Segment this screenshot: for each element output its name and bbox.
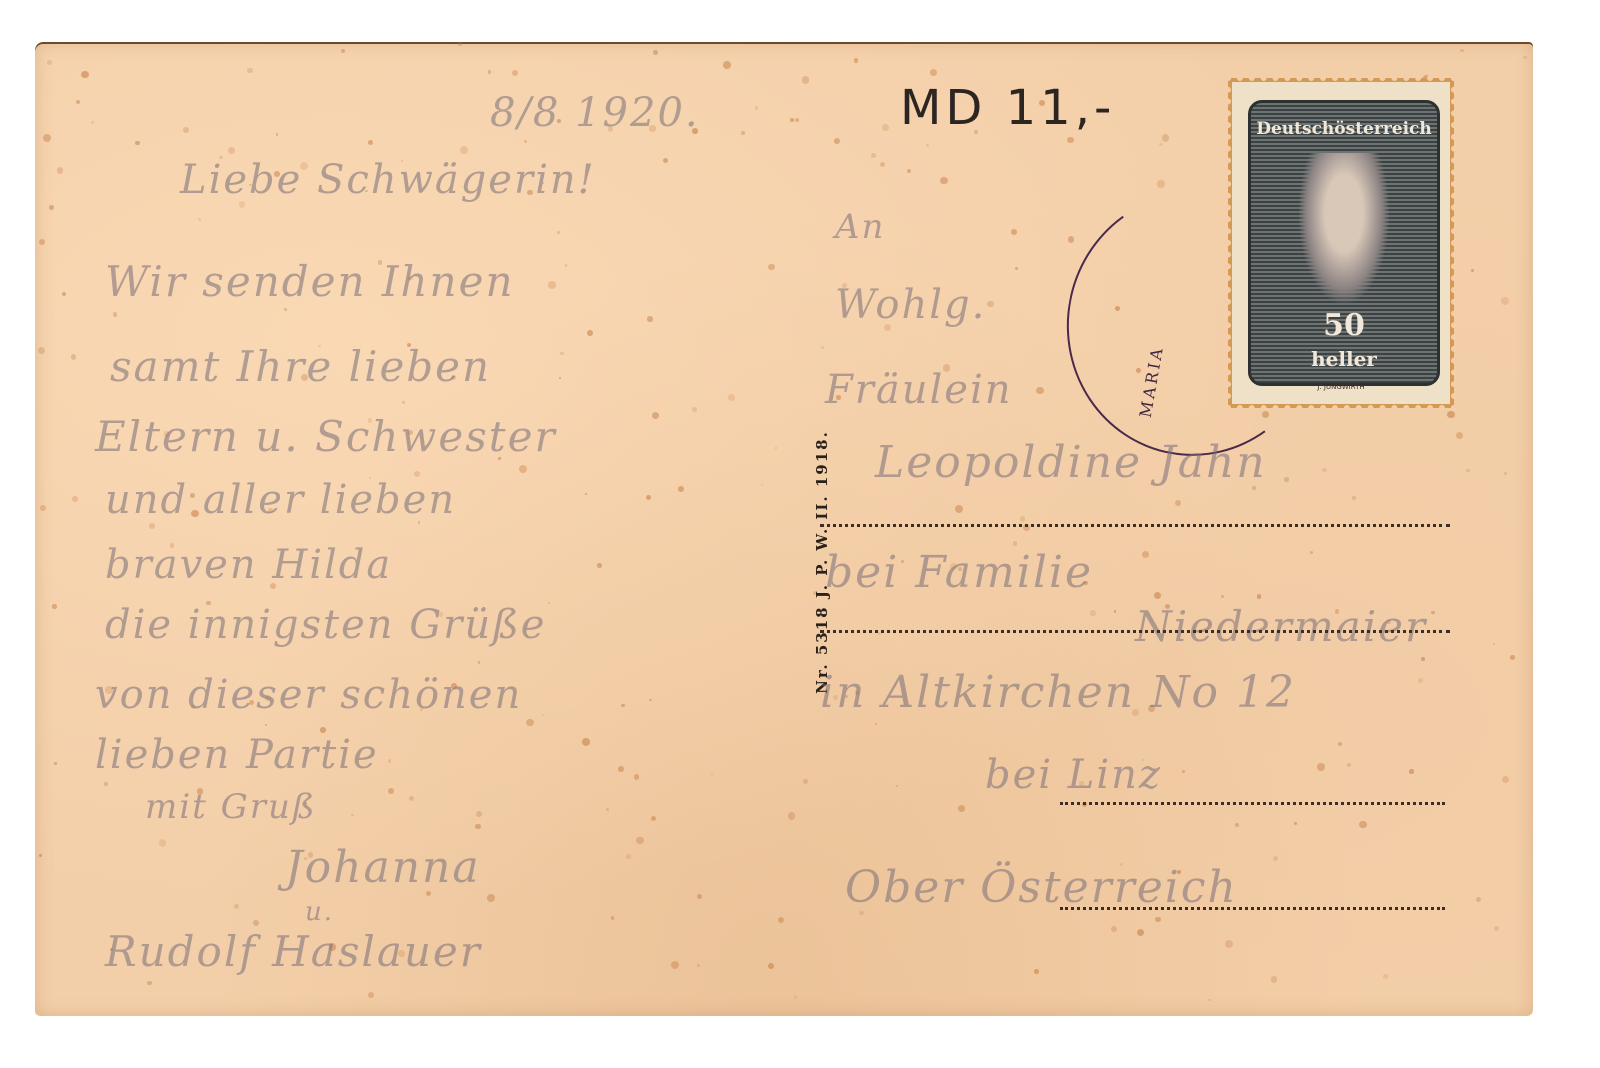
stamp-designer: J. JUNGWIRTH	[1228, 383, 1454, 391]
stamp-country: Deutschösterreich	[1251, 119, 1437, 139]
stamp-unit: heller	[1251, 347, 1437, 371]
dealer-price-note: MD 11,-	[900, 80, 1115, 136]
message-line: und aller lieben	[105, 477, 456, 523]
address-rule	[1060, 802, 1445, 805]
postcard-back: 8/8 1920. Liebe Schwägerin! Wir senden I…	[35, 42, 1533, 1016]
message-line: u.	[305, 897, 334, 927]
message-date: 8/8 1920.	[490, 90, 700, 136]
message-line: braven Hilda	[105, 542, 392, 588]
address-line: Niedermaier	[1135, 602, 1427, 651]
stamp-value: 50	[1251, 308, 1437, 343]
message-line: samt Ihre lieben	[110, 342, 491, 391]
stamp-figure-icon	[1299, 153, 1389, 303]
address-line: in Altkirchen No 12	[820, 667, 1296, 718]
message-line: die innigsten Grüße	[105, 602, 546, 648]
message-signature: Johanna	[285, 842, 481, 893]
message-line: Liebe Schwägerin!	[180, 157, 596, 203]
message-line: von dieser schönen	[95, 672, 522, 718]
stamp-design: Deutschösterreich 50 heller	[1248, 100, 1440, 386]
address-line: bei Linz	[985, 752, 1162, 798]
address-rule	[820, 524, 1450, 527]
address-rule	[820, 630, 1450, 633]
message-line: Wir senden Ihnen	[105, 257, 515, 306]
postage-stamp: Deutschösterreich 50 heller J. JUNGWIRTH	[1228, 78, 1454, 408]
message-line: mit Gruß	[145, 787, 317, 827]
message-line: Eltern u. Schwester	[95, 412, 557, 461]
address-recipient: Leopoldine Jahn	[875, 437, 1267, 488]
message-signature: Rudolf Haslauer	[105, 927, 482, 976]
address-line: Wohlg.	[835, 282, 986, 328]
address-rule	[1060, 907, 1445, 910]
message-line: lieben Partie	[95, 732, 379, 778]
address-line: An	[835, 207, 885, 247]
address-line: bei Familie	[825, 547, 1093, 598]
address-line: Fräulein	[825, 367, 1013, 413]
address-line: Ober Österreich	[845, 862, 1238, 913]
